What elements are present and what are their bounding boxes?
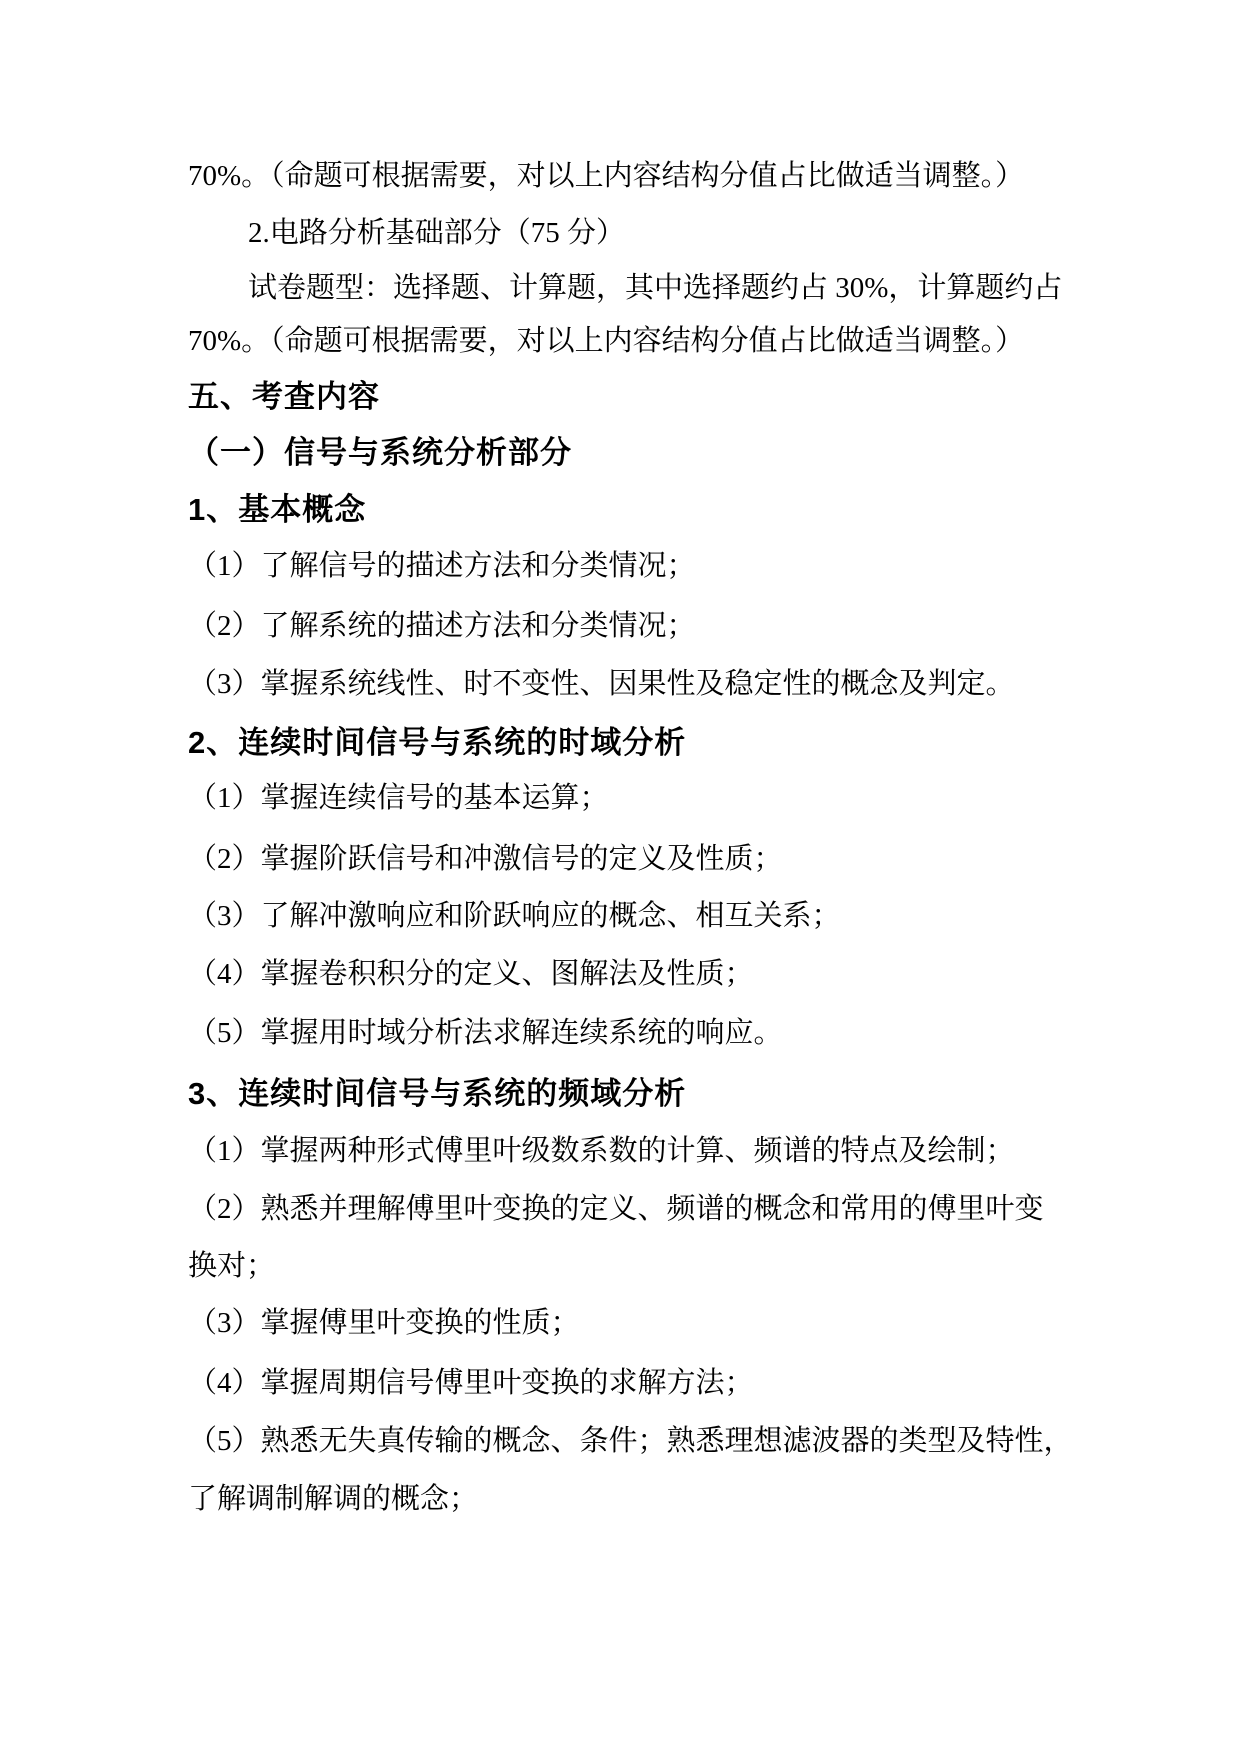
- paragraph-line: （4）掌握卷积积分的定义、图解法及性质；: [188, 960, 754, 989]
- paragraph-line: （1）掌握两种形式傅里叶级数系数的计算、频谱的特点及绘制；: [188, 1137, 1015, 1166]
- paragraph-line: （1）了解信号的描述方法和分类情况；: [188, 552, 696, 581]
- topic-heading: 2、连续时间信号与系统的时域分析: [188, 727, 686, 758]
- paragraph-line: 70%。（命题可根据需要，对以上内容结构分值占比做适当调整。）: [188, 327, 1024, 356]
- paragraph-line: （5）掌握用时域分析法求解连续系统的响应。: [188, 1019, 783, 1048]
- paragraph-line: 换对；: [188, 1252, 275, 1281]
- paragraph-line: 70%。（命题可根据需要，对以上内容结构分值占比做适当调整。）: [188, 162, 1024, 191]
- paragraph-line: 了解调制解调的概念；: [188, 1485, 478, 1514]
- paragraph-line: （3）掌握傅里叶变换的性质；: [188, 1309, 580, 1338]
- topic-heading: 1、基本概念: [188, 494, 366, 525]
- paragraph-line: （2）熟悉并理解傅里叶变换的定义、频谱的概念和常用的傅里叶变: [188, 1195, 1044, 1224]
- section-heading: 五、考查内容: [188, 381, 380, 412]
- paragraph-line: （5）熟悉无失真传输的概念、条件；熟悉理想滤波器的类型及特性，: [188, 1427, 1073, 1456]
- paragraph-line: （2）了解系统的描述方法和分类情况；: [188, 612, 696, 641]
- part-heading: （一）信号与系统分析部分: [188, 437, 572, 468]
- topic-heading: 3、连续时间信号与系统的频域分析: [188, 1078, 686, 1109]
- paragraph-line: （3）掌握系统线性、时不变性、因果性及稳定性的概念及判定。: [188, 670, 1015, 699]
- paragraph-line: 试卷题型：选择题、计算题，其中选择题约占 30%，计算题约占: [248, 274, 1062, 303]
- paragraph-line: 2.电路分析基础部分（75 分）: [248, 219, 625, 248]
- paragraph-line: （1）掌握连续信号的基本运算；: [188, 784, 609, 813]
- paragraph-line: （3）了解冲激响应和阶跃响应的概念、相互关系；: [188, 902, 841, 931]
- document-page: 70%。（命题可根据需要，对以上内容结构分值占比做适当调整。） 2.电路分析基础…: [0, 0, 1240, 1754]
- paragraph-line: （2）掌握阶跃信号和冲激信号的定义及性质；: [188, 845, 783, 874]
- paragraph-line: （4）掌握周期信号傅里叶变换的求解方法；: [188, 1369, 754, 1398]
